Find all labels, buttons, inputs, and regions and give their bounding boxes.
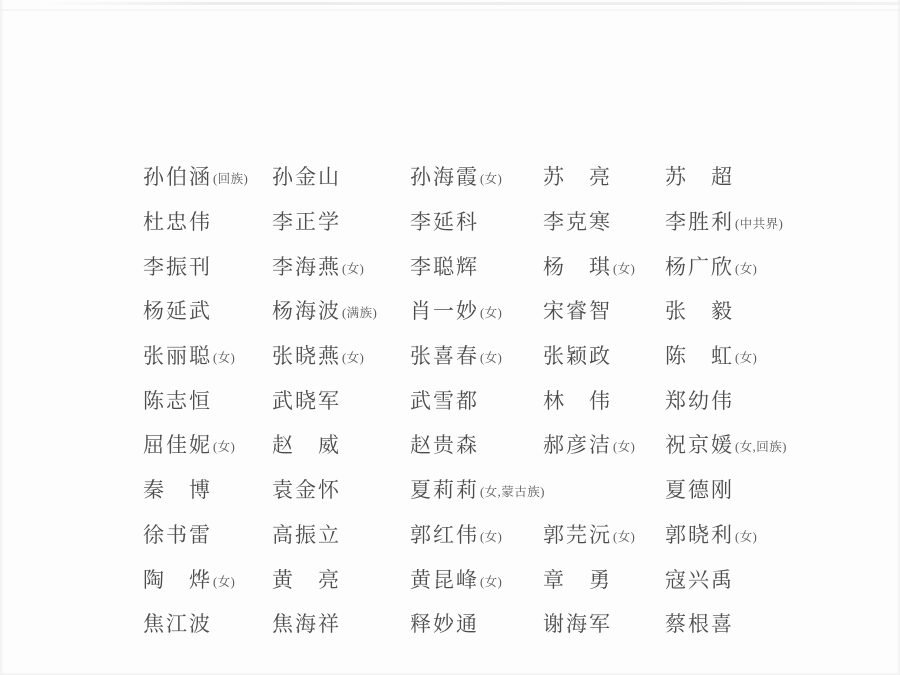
person-name: 杨海波 (272, 299, 341, 323)
person-entry: 徐书雷 (143, 519, 272, 549)
person-entry: 张颖政 (543, 340, 665, 370)
person-name: 孙伯涵 (143, 165, 212, 189)
person-entry: 郭红伟(女) (410, 519, 543, 549)
roster-row: 李振刊李海燕(女)李聪辉杨 琪(女)杨广欣(女) (143, 243, 805, 288)
person-entry: 林 伟 (543, 385, 665, 415)
person-entry: 杨海波(满族) (272, 295, 410, 325)
person-name: 蔡根喜 (665, 612, 734, 636)
person-note: (女) (213, 440, 235, 454)
person-entry: 赵 威 (272, 429, 410, 459)
person-name: 张 毅 (665, 299, 734, 323)
person-entry: 陈志恒 (143, 385, 272, 415)
person-entry: 祝京媛(女,回族) (665, 429, 805, 459)
person-entry: 郭晓利(女) (665, 519, 805, 549)
person-name: 释妙通 (410, 612, 479, 636)
person-name: 肖一妙 (410, 299, 479, 323)
person-name: 焦江波 (143, 612, 212, 636)
name-roster: 孙伯涵(回族)孙金山孙海霞(女)苏 亮苏 超杜忠伟李正学李延科李克寒李胜利(中共… (143, 154, 805, 646)
person-entry: 李振刊 (143, 251, 272, 281)
person-entry: 秦 博 (143, 474, 272, 504)
roster-row: 焦江波焦海祥释妙通谢海军蔡根喜 (143, 601, 805, 646)
person-entry: 杨广欣(女) (665, 251, 805, 281)
person-entry: 武晓军 (272, 385, 410, 415)
person-name: 李振刊 (143, 255, 212, 279)
person-entry: 孙金山 (272, 161, 410, 191)
person-name: 袁金怀 (272, 478, 341, 502)
person-entry: 李克寒 (543, 206, 665, 236)
person-entry: 张 毅 (665, 295, 805, 325)
person-entry: 张喜春(女) (410, 340, 543, 370)
scan-edge-left (0, 0, 4, 675)
person-name: 苏 亮 (543, 165, 612, 189)
person-name: 郭芫沅 (543, 523, 612, 547)
person-name: 李克寒 (543, 210, 612, 234)
person-name: 张喜春 (410, 344, 479, 368)
person-name: 李胜利 (665, 210, 734, 234)
person-entry: 孙海霞(女) (410, 161, 543, 191)
person-name: 李延科 (410, 210, 479, 234)
person-name: 苏 超 (665, 165, 734, 189)
person-note: (回族) (213, 172, 248, 186)
person-name: 谢海军 (543, 612, 612, 636)
person-name: 夏莉莉 (410, 478, 479, 502)
person-entry: 黄 亮 (272, 564, 410, 594)
person-name: 黄昆峰 (410, 568, 479, 592)
person-entry: 杜忠伟 (143, 206, 272, 236)
person-note: (女) (213, 351, 235, 365)
person-entry: 焦海祥 (272, 608, 410, 638)
person-entry: 孙伯涵(回族) (143, 161, 272, 191)
person-name: 赵 威 (272, 433, 341, 457)
person-name: 焦海祥 (272, 612, 341, 636)
person-entry: 章 勇 (543, 564, 665, 594)
person-note: (女,回族) (735, 440, 787, 454)
person-name: 宋睿智 (543, 299, 612, 323)
person-name: 杨 琪 (543, 255, 612, 279)
person-entry: 宋睿智 (543, 295, 665, 325)
person-note: (女) (480, 575, 502, 589)
roster-row: 孙伯涵(回族)孙金山孙海霞(女)苏 亮苏 超 (143, 154, 805, 199)
person-name: 郭红伟 (410, 523, 479, 547)
person-note: (女) (480, 306, 502, 320)
person-name: 徐书雷 (143, 523, 212, 547)
person-entry: 杨 琪(女) (543, 251, 665, 281)
person-entry: 郭芫沅(女) (543, 519, 665, 549)
roster-row: 陶 烨(女)黄 亮黄昆峰(女)章 勇寇兴禹 (143, 556, 805, 601)
person-name: 杨延武 (143, 299, 212, 323)
person-entry: 郑幼伟 (665, 385, 805, 415)
person-name: 李正学 (272, 210, 341, 234)
person-name: 武雪都 (410, 389, 479, 413)
scan-edge-top (40, 2, 900, 5)
scan-edge-top-secondary (0, 9, 900, 11)
person-name: 秦 博 (143, 478, 212, 502)
person-name: 杜忠伟 (143, 210, 212, 234)
roster-row: 屈佳妮(女)赵 威赵贵森郝彦洁(女)祝京媛(女,回族) (143, 422, 805, 467)
person-entry: 高振立 (272, 519, 410, 549)
person-name: 章 勇 (543, 568, 612, 592)
person-name: 高振立 (272, 523, 341, 547)
person-name: 赵贵森 (410, 433, 479, 457)
person-name: 孙海霞 (410, 165, 479, 189)
person-name: 武晓军 (272, 389, 341, 413)
person-note: (女) (735, 530, 757, 544)
person-name: 张颖政 (543, 344, 612, 368)
person-entry: 苏 亮 (543, 161, 665, 191)
person-name: 李聪辉 (410, 255, 479, 279)
person-note: (女) (480, 530, 502, 544)
person-name: 陈 虹 (665, 344, 734, 368)
person-entry: 夏莉莉(女,蒙古族) (410, 474, 543, 504)
person-name: 夏德刚 (665, 478, 734, 502)
person-name: 孙金山 (272, 165, 341, 189)
person-entry: 陈 虹(女) (665, 340, 805, 370)
person-name: 黄 亮 (272, 568, 341, 592)
person-note: (中共界) (735, 217, 783, 231)
person-entry: 袁金怀 (272, 474, 410, 504)
person-name: 林 伟 (543, 389, 612, 413)
person-entry: 张晓燕(女) (272, 340, 410, 370)
person-entry: 苏 超 (665, 161, 805, 191)
person-entry: 张丽聪(女) (143, 340, 272, 370)
person-entry: 陶 烨(女) (143, 564, 272, 594)
person-entry: 黄昆峰(女) (410, 564, 543, 594)
person-entry: 谢海军 (543, 608, 665, 638)
person-entry: 释妙通 (410, 608, 543, 638)
person-note: (女) (342, 262, 364, 276)
person-note: (女) (342, 351, 364, 365)
roster-row: 张丽聪(女)张晓燕(女)张喜春(女)张颖政陈 虹(女) (143, 333, 805, 378)
person-entry: 郝彦洁(女) (543, 429, 665, 459)
person-entry: 武雪都 (410, 385, 543, 415)
person-note: (女) (213, 575, 235, 589)
person-note: (女,蒙古族) (480, 485, 545, 499)
person-entry: 寇兴禹 (665, 564, 805, 594)
person-name: 陶 烨 (143, 568, 212, 592)
person-entry: 李聪辉 (410, 251, 543, 281)
person-name: 郝彦洁 (543, 433, 612, 457)
person-note: (女) (735, 351, 757, 365)
person-entry: 赵贵森 (410, 429, 543, 459)
person-name: 张丽聪 (143, 344, 212, 368)
person-note: (女) (480, 172, 502, 186)
person-entry: 屈佳妮(女) (143, 429, 272, 459)
person-name: 郑幼伟 (665, 389, 734, 413)
person-entry: 焦江波 (143, 608, 272, 638)
roster-row: 秦 博袁金怀夏莉莉(女,蒙古族)夏德刚 (143, 467, 805, 512)
person-entry: 杨延武 (143, 295, 272, 325)
person-name: 寇兴禹 (665, 568, 734, 592)
person-entry: 夏德刚 (665, 474, 805, 504)
person-name: 屈佳妮 (143, 433, 212, 457)
roster-row: 陈志恒武晓军武雪都林 伟郑幼伟 (143, 377, 805, 422)
person-name: 杨广欣 (665, 255, 734, 279)
person-note: (满族) (342, 306, 377, 320)
person-note: (女) (735, 262, 757, 276)
person-entry: 李延科 (410, 206, 543, 236)
person-note: (女) (480, 351, 502, 365)
roster-row: 杜忠伟李正学李延科李克寒李胜利(中共界) (143, 199, 805, 244)
person-name: 李海燕 (272, 255, 341, 279)
person-name: 祝京媛 (665, 433, 734, 457)
person-note: (女) (613, 530, 635, 544)
person-entry: 肖一妙(女) (410, 295, 543, 325)
person-note: (女) (613, 440, 635, 454)
roster-row: 杨延武杨海波(满族)肖一妙(女)宋睿智张 毅 (143, 288, 805, 333)
person-name: 陈志恒 (143, 389, 212, 413)
person-name: 张晓燕 (272, 344, 341, 368)
person-name: 郭晓利 (665, 523, 734, 547)
person-entry: 李胜利(中共界) (665, 206, 805, 236)
person-entry: 李海燕(女) (272, 251, 410, 281)
person-entry: 蔡根喜 (665, 608, 805, 638)
person-entry: 李正学 (272, 206, 410, 236)
roster-row: 徐书雷高振立郭红伟(女)郭芫沅(女)郭晓利(女) (143, 512, 805, 557)
person-note: (女) (613, 262, 635, 276)
document-page: 孙伯涵(回族)孙金山孙海霞(女)苏 亮苏 超杜忠伟李正学李延科李克寒李胜利(中共… (0, 0, 900, 675)
